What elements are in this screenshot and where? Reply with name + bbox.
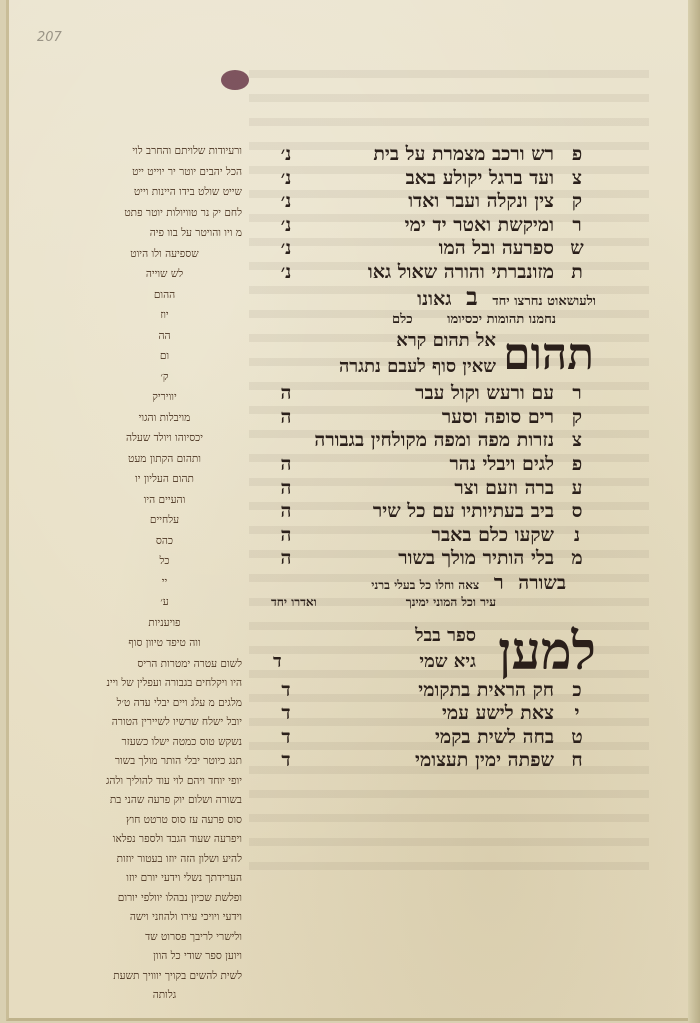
acrostic-letter: ר: [566, 214, 588, 237]
commentary-line: בשורה ושלום יוק פרעה שהני בת: [87, 790, 242, 810]
commentary-line: כהס: [87, 531, 242, 552]
refrain-marker: ד: [273, 726, 299, 749]
bridge-big-letter: ב: [466, 282, 478, 311]
acrostic-letter: ר: [566, 382, 588, 405]
verse-text: שקעו כלם באבר: [432, 524, 554, 547]
verse-text: צין ונקלה ועבר ואדו: [408, 190, 554, 213]
refrain-marker: ה: [273, 382, 299, 405]
page-edge: [688, 0, 700, 1023]
commentary-line: ותהום הקתון מעט: [87, 449, 242, 470]
acrostic-letter: ע: [566, 477, 588, 500]
verse-text: ספרעה ובל המו: [439, 237, 554, 260]
display-2-marker: ד: [273, 651, 282, 672]
refrain-marker: ה: [273, 406, 299, 429]
verse-text: רים סופה וסער: [442, 406, 554, 429]
bridge2-big-letter: ר: [494, 570, 504, 594]
commentary-line: יוז: [87, 305, 242, 326]
commentary-line: מויבלות והגוי: [87, 408, 242, 429]
refrain-marker: נ׳: [273, 261, 299, 284]
verse-line: רעם ורעש וקול עברה: [271, 382, 596, 406]
display-block-1: תהום אל תהום קרא שאין סוף לעבם נתגרה: [271, 330, 596, 382]
ink-stain: [221, 70, 249, 90]
commentary-line: לשום עטרה ימטרות הריס: [87, 654, 242, 674]
verse-line: קצין ונקלה ועבר ואדונ׳: [271, 190, 596, 214]
verse-text: שפתה ימין תעצומי: [415, 749, 554, 772]
verse-line: עברה וזעם וצרה: [271, 477, 596, 501]
folio-number: 207: [37, 30, 62, 45]
commentary-line: ופלשת שכיון נבהלו יוולפי יורום: [87, 888, 242, 908]
bridge-line: ולעושאוט נחרצו יחד ב גאונו: [271, 285, 596, 309]
display-1-line-1: אל תהום קרא: [396, 330, 496, 351]
acrostic-letter: פ: [566, 143, 588, 166]
marginal-commentary: ורעיודות שלויתם והחרב לויהכל יהבים יוטר …: [87, 141, 242, 1005]
display-1-line-2: שאין סוף לעבם נתגרה: [339, 356, 496, 377]
commentary-line: ע׳: [87, 592, 242, 613]
acrostic-letter: פ: [566, 453, 588, 476]
commentary-line: מלגים מ עלג ויים יבלי עדה ט׳ל: [87, 693, 242, 713]
acrostic-letter: ס: [566, 500, 588, 523]
verse-text: צאת לישע עמי: [442, 702, 554, 725]
main-text-column: פרש ורכב מצמרת על ביתנ׳צועד ברגל יקולע ב…: [271, 143, 596, 773]
verse-line: צנזרות מפה ומפה מקולחין בגבורה: [271, 429, 596, 453]
verse-text: לגים ויבלי נהר: [449, 453, 554, 476]
commentary-line: הה: [87, 326, 242, 347]
display-2-line-2: גיא שמי: [419, 651, 476, 672]
refrain-marker: ד: [273, 702, 299, 725]
commentary-line: עלחיים: [87, 510, 242, 531]
verse-text: נזרות מפה ומפה מקולחין בגבורה: [314, 429, 554, 452]
display-2-line-1: ספר בבל: [415, 625, 476, 646]
refrain-marker: ה: [273, 500, 299, 523]
commentary-line: יובל ישלח שרשיו לשיירין הטורה: [87, 712, 242, 732]
refrain-marker: נ׳: [273, 190, 299, 213]
small-line: נחמנו תהומות יכסיומו כלם: [271, 308, 596, 330]
refrain-marker: ד: [273, 749, 299, 772]
verse-text: ביב בעתיותיו עם כל שיר: [373, 500, 554, 523]
refrain-marker: נ׳: [273, 167, 299, 190]
verse-text: עם ורעש וקול עבר: [415, 382, 554, 405]
verse-line: פרש ורכב מצמרת על ביתנ׳: [271, 143, 596, 167]
acrostic-letter: ק: [566, 406, 588, 429]
commentary-line: היו ויקלחים בגבורה ועפלין של ויינ: [87, 673, 242, 693]
refrain-marker: ד: [273, 679, 299, 702]
verse-line: טבחה לשית בקמיד: [271, 726, 596, 750]
commentary-line: שספיעה ולו היוט: [87, 244, 242, 265]
display-2-small-right: עיר וכל המוני ימינך: [406, 595, 496, 610]
refrain-marker: ה: [273, 547, 299, 570]
verse-text: חק הראית בתקומי: [418, 679, 554, 702]
commentary-line: ורעיודות שלויתם והחרב לוי: [87, 141, 242, 162]
commentary-line: לחם יק נר טוויולות יוטר פתט: [87, 203, 242, 224]
refrain-marker: ה: [273, 453, 299, 476]
acrostic-letter: כ: [566, 679, 588, 702]
verse-line: שספרעה ובל המונ׳: [271, 237, 596, 261]
commentary-line: והעיים היו: [87, 490, 242, 511]
small-line-text: נחמנו תהומות יכסיומו: [447, 312, 556, 327]
commentary-line: ויפרעה שעוד הגבד ולספר נפלאו: [87, 829, 242, 849]
commentary-line: יופי יוחד ויהם לוי עוד להוליך ולהג: [87, 771, 242, 791]
commentary-line: וידעי ויויכי עירו ולהוזני וישה: [87, 907, 242, 927]
refrain-marker: נ׳: [273, 143, 299, 166]
verse-line: קרים סופה וסערה: [271, 406, 596, 430]
commentary-line: ולישרי לריבך פסרוט שד: [87, 927, 242, 947]
refrain-marker: נ׳: [273, 214, 299, 237]
verse-text: בלי הותיר מולך בשור: [398, 547, 554, 570]
verse-text: בחה לשית בקמי: [435, 726, 554, 749]
acrostic-letter: נ: [566, 524, 588, 547]
refrain-marker: ה: [273, 477, 299, 500]
commentary-line: ק׳: [87, 367, 242, 388]
verse-line: חשפתה ימין תעצומיד: [271, 749, 596, 773]
acrostic-letter: י: [566, 702, 588, 725]
verse-text: ועד ברגל יקולע באב: [406, 167, 554, 190]
commentary-line: לשית להשים בקויך יווויך תשעת: [87, 966, 242, 986]
commentary-line: הכל יהבים יוטר יר יוייט ייט: [87, 162, 242, 183]
manuscript-page: 207 ורעיודות שלויתם והחרב לויהכל יהבים י…: [6, 0, 699, 1021]
commentary-line: נשקש טוס כמטה ישלו כשעזר: [87, 732, 242, 752]
commentary-line: ום: [87, 346, 242, 367]
commentary-line: לש שוייה: [87, 264, 242, 285]
commentary-line: גלותה: [87, 985, 242, 1005]
commentary-line: מ ויו והויטר על בוו פיה: [87, 223, 242, 244]
verse-line: כחק הראית בתקומיד: [271, 679, 596, 703]
commentary-line: ויוען ספר שודי כל הוון: [87, 946, 242, 966]
commentary-line: תנג כיוטר יבלי הותר מולך בשור: [87, 751, 242, 771]
commentary-line: שייט שולט בידו היינות וייט: [87, 182, 242, 203]
acrostic-letter: ח: [566, 749, 588, 772]
bridge2-right: צאה וחלו כל בעלי ברני: [371, 578, 479, 592]
verse-line: פלגים ויבלי נהרה: [271, 453, 596, 477]
bridge-line-2: בשורה ר צאה וחלו כל בעלי ברני: [271, 571, 596, 595]
commentary-line: יכסיוהו ויולד שעלה: [87, 428, 242, 449]
commentary-line: תהום העליון יו: [87, 469, 242, 490]
bridge2-left: בשורה: [518, 572, 566, 594]
refrain-marker: ה: [273, 524, 299, 547]
commentary-line: כל: [87, 551, 242, 572]
verse-line: צועד ברגל יקולע באבנ׳: [271, 167, 596, 191]
acrostic-letter: מ: [566, 547, 588, 570]
bridge-line-left: גאונו: [417, 288, 451, 310]
acrostic-letter: ט: [566, 726, 588, 749]
commentary-line: ההום: [87, 285, 242, 306]
display-word-lemaan: למען: [498, 623, 596, 681]
small-line-word: כלם: [392, 312, 413, 327]
acrostic-letter: צ: [566, 429, 588, 452]
verse-text: ומיקשת ואטר יד ימי: [405, 214, 554, 237]
commentary-line: ווה טיפד טיוון סוף: [87, 633, 242, 654]
verse-line: נשקעו כלם באברה: [271, 524, 596, 548]
verse-text: ברה וזעם וצר: [454, 477, 554, 500]
verse-line: מבלי הותיר מולך בשורה: [271, 547, 596, 571]
commentary-line: סוס פרעה עז סוס טרטט חוץ: [87, 810, 242, 830]
verse-line: רומיקשת ואטר יד ימינ׳: [271, 214, 596, 238]
commentary-line: הערידתך נשלי וידעי יורם יוזו: [87, 868, 242, 888]
refrain-marker: נ׳: [273, 237, 299, 260]
bridge-line-right: ולעושאוט נחרצו יחד: [492, 294, 596, 309]
verse-text: מזונברתי והורה שאול גאו: [368, 261, 554, 284]
verse-text: רש ורכב מצמרת על בית: [373, 143, 554, 166]
verse-line: סביב בעתיותיו עם כל שירה: [271, 500, 596, 524]
commentary-line: יוויריק: [87, 387, 242, 408]
display-word-tehom: תהום: [503, 332, 594, 378]
commentary-line: יי: [87, 572, 242, 593]
display-2-small-left: ואדרו יחד: [271, 595, 317, 610]
verse-line: תמזונברתי והורה שאול גאונ׳: [271, 261, 596, 285]
acrostic-letter: צ: [566, 167, 588, 190]
acrostic-letter: ת: [566, 261, 588, 284]
verse-line: יצאת לישע עמיד: [271, 702, 596, 726]
acrostic-letter: ש: [566, 237, 588, 260]
acrostic-letter: ק: [566, 190, 588, 213]
commentary-line: להיע ושלון הזה יוזו בעטור יוזות: [87, 849, 242, 869]
commentary-line: פויעניות: [87, 613, 242, 634]
